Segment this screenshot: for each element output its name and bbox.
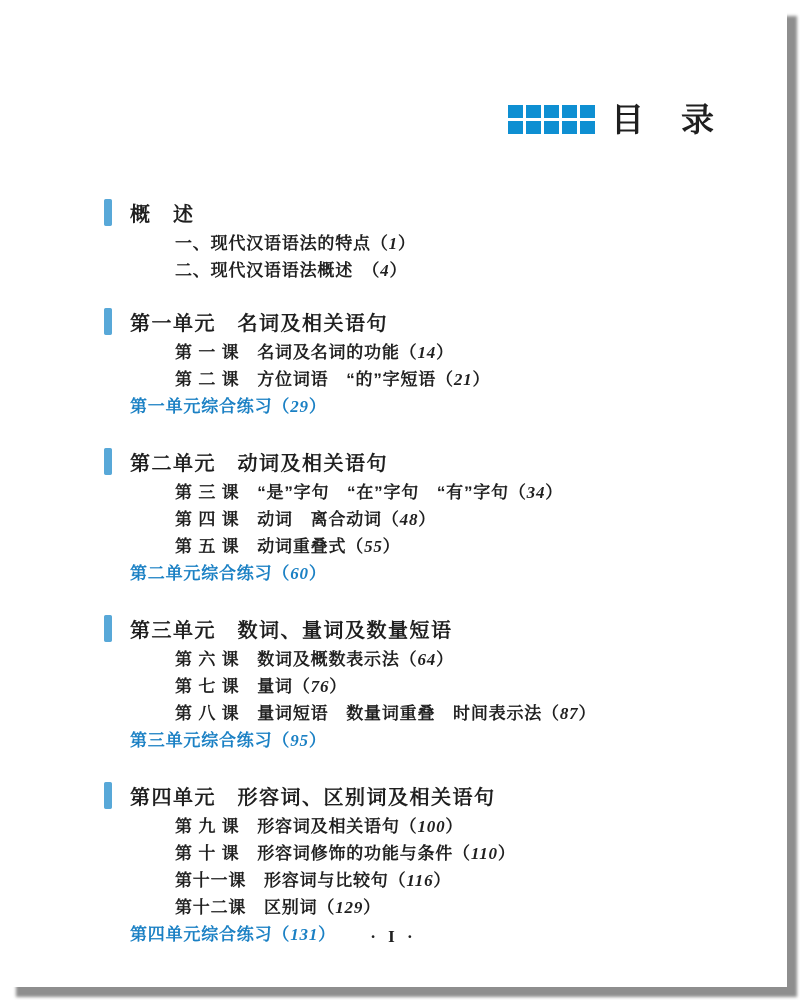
paren-open: （ [436,370,454,389]
toc-content: 概 述 一、现代汉语语法的特点（1） 二、现代汉语语法概述 （4） 第一单元 名… [104,198,707,975]
paren-close: ） [309,564,327,583]
practice-label: 第二单元综合练习 [130,564,272,583]
paren-close: ） [398,234,416,253]
toc-item-label: 第 五 课 动词重叠式 [175,537,346,556]
blue-grid-icon [508,105,595,134]
toc-item: 第 六 课 数词及概数表示法（64） [104,646,707,673]
paren-close: ） [309,397,327,416]
section-marker-bar [104,199,112,226]
toc-item: 第十二课 区别词（129） [104,894,707,921]
section-head: 第一单元 名词及相关语句 [104,307,707,335]
paren-open: （ [272,564,290,583]
toc-item-label: 第 八 课 量词短语 数量词重叠 时间表示法 [175,704,542,723]
paren-close: ） [309,731,327,750]
section-head: 第二单元 动词及相关语句 [104,447,707,475]
toc-item: 第十一课 形容词与比较句（116） [104,867,707,894]
toc-item-page: 1 [389,234,398,253]
toc-item: 第 十 课 形容词修饰的功能与条件（110） [104,840,707,867]
toc-item-page: 55 [364,537,383,556]
toc-item-page: 34 [527,483,546,502]
section-marker-bar [104,615,112,642]
toc-item-label: 第 一 课 名词及名词的功能 [175,343,400,362]
paren-open: （ [509,483,527,502]
paren-close: ） [545,483,563,502]
paren-close: ） [436,343,454,362]
toc-item-label: 第 三 课 “是”字句 “在”字句 “有”字句 [175,483,509,502]
toc-item-page: 110 [471,844,498,863]
section-marker-bar [104,782,112,809]
toc-item-page: 100 [417,817,445,836]
toc-item: 第 三 课 “是”字句 “在”字句 “有”字句（34） [104,479,707,506]
toc-item-page: 21 [454,370,473,389]
toc-item-label: 第十二课 区别词 [175,898,317,917]
toc-item-label: 第十一课 形容词与比较句 [175,871,389,890]
section-title: 第一单元 名词及相关语句 [130,307,388,336]
toc-item-page: 76 [311,677,330,696]
toc-item-label: 第 十 课 形容词修饰的功能与条件 [175,844,453,863]
paren-open: （ [272,397,290,416]
unit-practice-link: 第三单元综合练习（95） [104,727,707,754]
toc-item-label: 第 九 课 形容词及相关语句 [175,817,400,836]
toc-item-page: 116 [406,871,433,890]
paren-close: ） [389,261,407,280]
toc-item-page: 64 [417,650,436,669]
toc-item-page: 87 [560,704,579,723]
section-head: 第三单元 数词、量词及数量短语 [104,614,707,642]
paren-close: ） [363,898,381,917]
toc-section-overview: 概 述 一、现代汉语语法的特点（1） 二、现代汉语语法概述 （4） [104,198,707,284]
toc-item-label: 第 六 课 数词及概数表示法 [175,650,400,669]
paren-close: ） [498,844,516,863]
paren-close: ） [329,677,347,696]
practice-page: 95 [290,731,309,750]
toc-item-label: 二、现代汉语语法概述 [175,261,371,280]
unit-practice-link: 第二单元综合练习（60） [104,560,707,587]
toc-item-label: 第 二 课 方位词语 “的”字短语 [175,370,436,389]
toc-item: 第 五 课 动词重叠式（55） [104,533,707,560]
page-title: 目 录 [611,103,716,136]
practice-page: 29 [290,397,309,416]
toc-item-label: 第 七 课 量词 [175,677,293,696]
section-title: 第二单元 动词及相关语句 [130,447,388,476]
toc-item: 第 九 课 形容词及相关语句（100） [104,813,707,840]
section-title: 第四单元 形容词、区别词及相关语句 [130,781,496,810]
section-marker-bar [104,448,112,475]
paren-close: ） [578,704,596,723]
paren-open: （ [400,343,418,362]
paren-close: ） [418,510,436,529]
paren-open: （ [371,234,389,253]
section-title: 概 述 [130,198,195,227]
section-head: 概 述 [104,198,707,226]
toc-section-unit4: 第四单元 形容词、区别词及相关语句 第 九 课 形容词及相关语句（100） 第 … [104,781,707,948]
unit-practice-link: 第一单元综合练习（29） [104,393,707,420]
paren-open: （ [371,261,380,280]
toc-item: 第 七 课 量词（76） [104,673,707,700]
toc-item: 第 一 课 名词及名词的功能（14） [104,339,707,366]
paren-close: ） [445,817,463,836]
paren-open: （ [453,844,471,863]
paren-close: ） [383,537,401,556]
paren-open: （ [400,817,418,836]
paren-open: （ [400,650,418,669]
toc-item-label: 第 四 课 动词 离合动词 [175,510,382,529]
page-number: · I · [0,927,787,947]
toc-item: 一、现代汉语语法的特点（1） [104,230,707,257]
paren-open: （ [293,677,311,696]
paren-open: （ [317,898,335,917]
practice-label: 第三单元综合练习 [130,731,272,750]
toc-item-page: 129 [335,898,363,917]
paren-open: （ [382,510,400,529]
practice-page: 60 [290,564,309,583]
paren-close: ） [472,370,490,389]
book-page: 目 录 概 述 一、现代汉语语法的特点（1） 二、现代汉语语法概述 （4） 第一… [0,0,787,987]
paren-open: （ [272,731,290,750]
paren-close: ） [433,871,451,890]
paren-close: ） [436,650,454,669]
toc-section-unit3: 第三单元 数词、量词及数量短语 第 六 课 数词及概数表示法（64） 第 七 课… [104,614,707,754]
section-head: 第四单元 形容词、区别词及相关语句 [104,781,707,809]
paren-open: （ [389,871,407,890]
section-title: 第三单元 数词、量词及数量短语 [130,614,453,643]
toc-item: 第 八 课 量词短语 数量词重叠 时间表示法（87） [104,700,707,727]
toc-item: 第 二 课 方位词语 “的”字短语（21） [104,366,707,393]
paren-open: （ [542,704,560,723]
toc-section-unit1: 第一单元 名词及相关语句 第 一 课 名词及名词的功能（14） 第 二 课 方位… [104,307,707,420]
practice-label: 第一单元综合练习 [130,397,272,416]
toc-item: 第 四 课 动词 离合动词（48） [104,506,707,533]
section-marker-bar [104,308,112,335]
toc-header: 目 录 [508,103,716,136]
toc-item-page: 48 [400,510,419,529]
toc-item: 二、现代汉语语法概述 （4） [104,257,707,284]
paren-open: （ [346,537,364,556]
toc-section-unit2: 第二单元 动词及相关语句 第 三 课 “是”字句 “在”字句 “有”字句（34）… [104,447,707,587]
toc-item-label: 一、现代汉语语法的特点 [175,234,371,253]
toc-item-page: 14 [417,343,436,362]
